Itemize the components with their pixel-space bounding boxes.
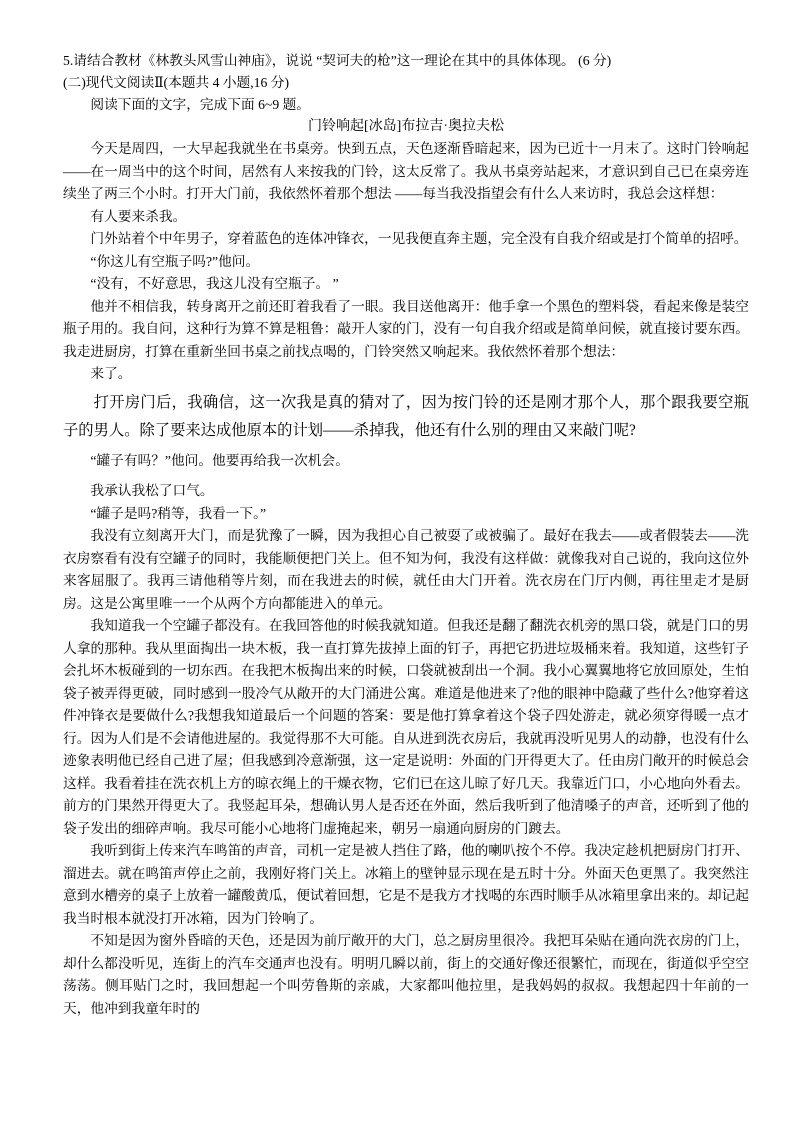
passage-paragraph-2: 有人要来杀我。 bbox=[63, 206, 749, 229]
passage-paragraph-12: 我没有立刻离开大门，而是犹豫了一瞬，因为我担心自己被耍了或被骗了。最好在我去——… bbox=[63, 525, 749, 615]
passage-paragraph-6: 他并不相信我，转身离开之前还盯着我看了一眼。我目送他离开：他手拿一个黑色的塑料袋… bbox=[63, 296, 749, 364]
passage-paragraph-9: “罐子有吗？”他问。他要再给我一次机会。 bbox=[63, 450, 749, 473]
question-5: 5.请结合教材《林教头风雪山神庙》，说说 “契诃夫的枪”这一理论在其中的具体体现… bbox=[63, 50, 749, 72]
passage-paragraph-8-emphasis: 打开房门后，我确信，这一次我是真的猜对了，因为按门铃的还是刚才那个人，那个跟我要… bbox=[63, 389, 749, 445]
passage-paragraph-15: 不知是因为窗外昏暗的天色，还是因为前厅敞开的大门，总之厨房里很冷。我把耳朵贴在通… bbox=[63, 930, 749, 1020]
passage-paragraph-11: “罐子是吗?稍等，我看一下。” bbox=[63, 503, 749, 526]
passage-paragraph-3: 门外站着个中年男子，穿着蓝色的连体冲锋衣，一见我便直奔主题，完全没有自我介绍或是… bbox=[63, 228, 749, 251]
passage-title: 门铃响起[冰岛]布拉吉·奥拉夫松 bbox=[63, 116, 749, 138]
passage-paragraph-1: 今天是周四，一大早起我就坐在书桌旁。快到五点，天色逐渐昏暗起来，因为已近十一月末… bbox=[63, 138, 749, 206]
passage-paragraph-7: 来了。 bbox=[63, 363, 749, 386]
reading-instruction: 阅读下面的文字，完成下面 6~9 题。 bbox=[63, 94, 749, 116]
passage-paragraph-14: 我听到街上传来汽车鸣笛的声音，司机一定是被人挡住了路，他的喇叭按个不停。我决定趁… bbox=[63, 840, 749, 930]
passage-paragraph-4: “你这儿有空瓶子吗?”他问。 bbox=[63, 251, 749, 274]
passage-body: 今天是周四，一大早起我就坐在书桌旁。快到五点，天色逐渐昏暗起来，因为已近十一月末… bbox=[63, 138, 749, 1020]
passage-paragraph-5: “没有，不好意思，我这儿没有空瓶子。 ” bbox=[63, 273, 749, 296]
passage-paragraph-10: 我承认我松了口气。 bbox=[63, 480, 749, 503]
exam-page: 5.请结合教材《林教头风雪山神庙》，说说 “契诃夫的枪”这一理论在其中的具体体现… bbox=[0, 0, 793, 1121]
section-heading: (二)现代文阅读Ⅱ(本题共 4 小题,16 分) bbox=[63, 72, 749, 94]
passage-paragraph-13: 我知道我一个空罐子都没有。在我回答他的时候我就知道。但我还是翻了翻洗衣机旁的黑口… bbox=[63, 615, 749, 840]
